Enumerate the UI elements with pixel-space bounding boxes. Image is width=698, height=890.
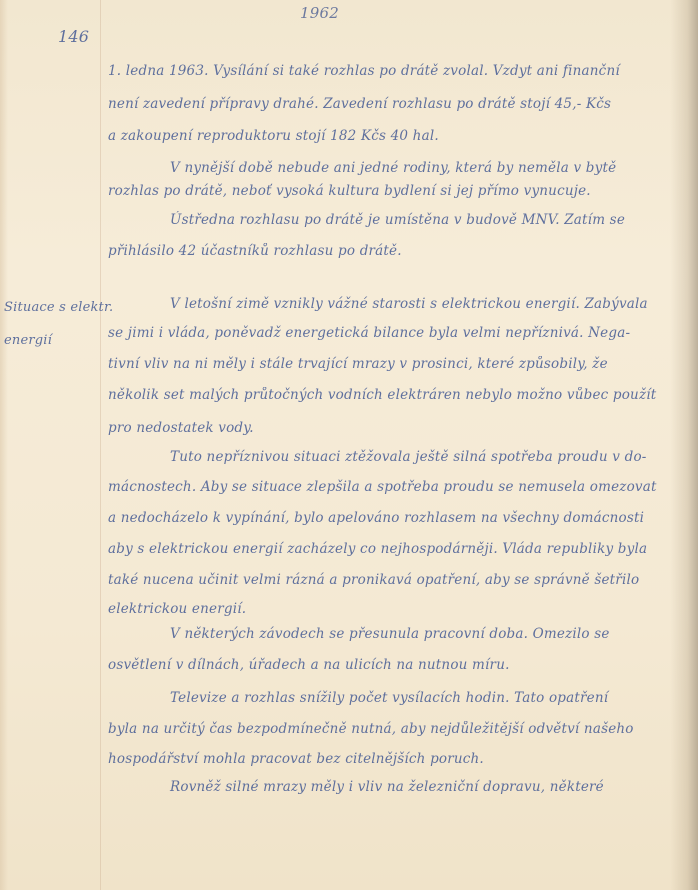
text-line: mácnostech. Aby se situace zlepšila a sp… <box>108 479 657 495</box>
margin-note-line-1: Situace s elektr. <box>4 300 113 315</box>
text-line: také nucena učinit velmi rázná a pronika… <box>108 572 639 588</box>
text-line: se jimi i vláda, poněvadž energetická bi… <box>108 325 630 341</box>
year-header: 1962 <box>300 4 339 22</box>
text-line: a zakoupení reproduktoru stojí 182 Kčs 4… <box>108 128 439 144</box>
page-edge <box>0 0 8 890</box>
text-line: několik set malých průtočných vodních el… <box>108 387 656 403</box>
text-line: tivní vliv na ni měly i stále trvající m… <box>108 356 608 372</box>
text-line: přihlásilo 42 účastníků rozhlasu po drát… <box>108 243 402 259</box>
text-line: pro nedostatek vody. <box>108 420 254 436</box>
text-line: Televize a rozhlas snížily počet vysílac… <box>170 690 608 706</box>
text-line: Ústředna rozhlasu po drátě je umístěna v… <box>170 212 625 228</box>
text-line: hospodářství mohla pracovat bez citelněj… <box>108 751 484 767</box>
text-line: osvětlení v dílnách, úřadech a na ulicíc… <box>108 657 510 673</box>
text-line: 1. ledna 1963. Vysílání si také rozhlas … <box>108 63 620 79</box>
text-line: Tuto nepříznivou situaci ztěžovala ještě… <box>170 449 647 465</box>
text-line: není zavedení přípravy drahé. Zavedení r… <box>108 96 611 112</box>
text-line: elektrickou energií. <box>108 601 246 617</box>
margin-note-line-2: energií <box>4 333 52 348</box>
text-line: V letošní zimě vznikly vážné starosti s … <box>170 296 648 312</box>
text-line: V nynější době nebude ani jedné rodiny, … <box>170 160 616 176</box>
page-number: 146 <box>58 27 89 46</box>
document-page: 1962 146 Situace s elektr. energií 1. le… <box>0 0 698 890</box>
margin-line <box>100 0 101 890</box>
text-line: byla na určitý čas bezpodmínečně nutná, … <box>108 721 634 737</box>
text-line: aby s elektrickou energií zacházely co n… <box>108 541 647 557</box>
text-line: rozhlas po drátě, neboť vysoká kultura b… <box>108 183 591 199</box>
text-line: Rovněž silné mrazy měly i vliv na železn… <box>170 779 604 795</box>
text-line: a nedocházelo k vypínání, bylo apelováno… <box>108 510 644 526</box>
text-line: V některých závodech se přesunula pracov… <box>170 626 610 642</box>
